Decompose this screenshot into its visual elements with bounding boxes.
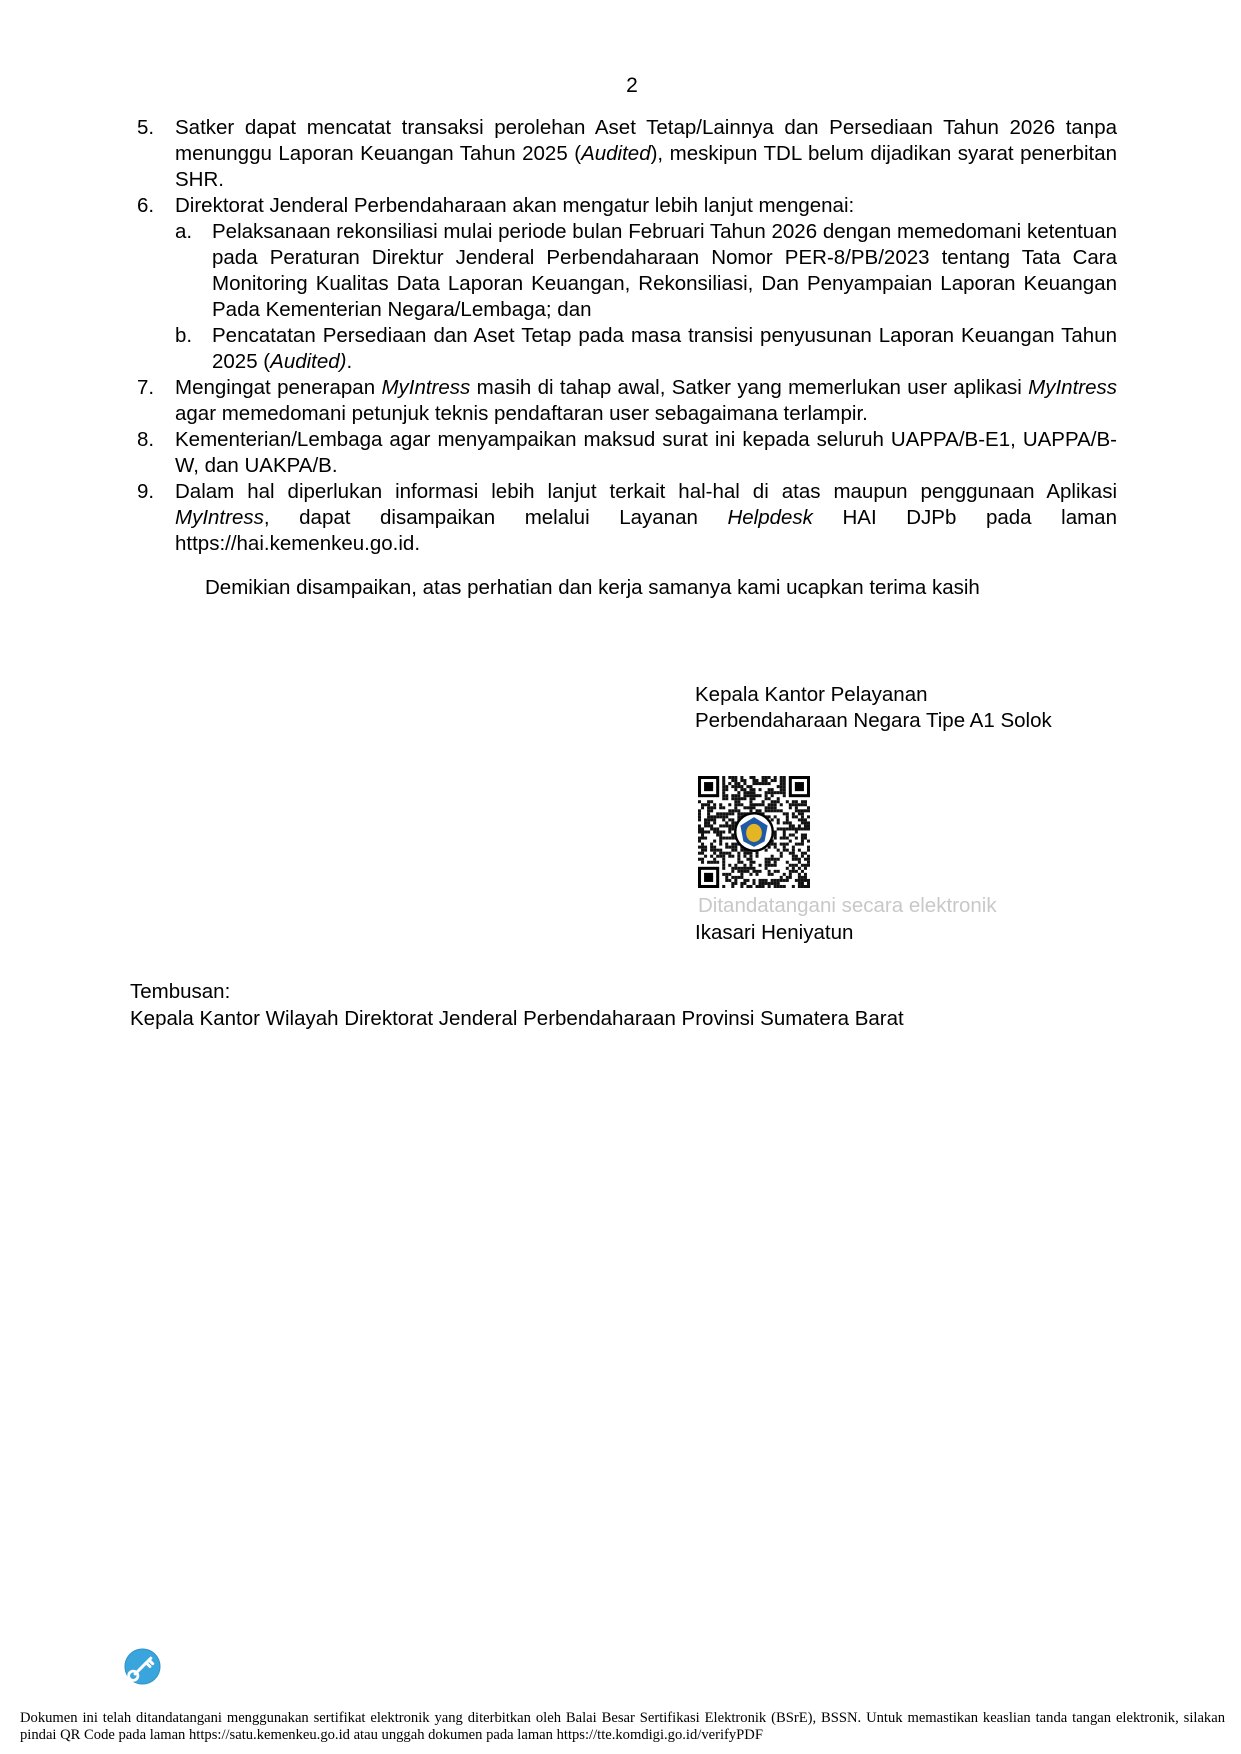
closing-sentence: Demikian disampaikan, atas perhatian dan…: [205, 576, 980, 600]
list-subitem-letter: a.: [175, 219, 192, 245]
cc-title: Tembusan:: [130, 980, 230, 1004]
list-item-number: 7.: [137, 375, 154, 401]
e-signature-label: Ditandatangani secara elektronik: [698, 894, 997, 918]
list-subitem: a.Pelaksanaan rekonsiliasi mulai periode…: [175, 219, 1117, 323]
list-subitem-letter: b.: [175, 323, 192, 349]
list-item: 9.Dalam hal diperlukan informasi lebih l…: [130, 479, 1117, 557]
signatory-title-line2: Perbendaharaan Negara Tipe A1 Solok: [695, 708, 1052, 734]
signatory-title: Kepala Kantor Pelayanan Perbendaharaan N…: [695, 682, 1052, 734]
e-signature-disclaimer: Dokumen ini telah ditandatangani menggun…: [20, 1710, 1225, 1744]
numbered-list: 5.Satker dapat mencatat transaksi perole…: [130, 115, 1117, 557]
list-item-number: 8.: [137, 427, 154, 453]
list-item: 8.Kementerian/Lembaga agar menyampaikan …: [130, 427, 1117, 479]
signatory-name: Ikasari Heniyatun: [695, 921, 853, 945]
list-item: 5.Satker dapat mencatat transaksi perole…: [130, 115, 1117, 193]
list-subitem: b.Pencatatan Persediaan dan Aset Tetap p…: [175, 323, 1117, 375]
page-number: 2: [0, 74, 1241, 98]
list-item: 6.Direktorat Jenderal Perbendaharaan aka…: [130, 193, 1117, 219]
list-item: 7.Mengingat penerapan MyIntress masih di…: [130, 375, 1117, 427]
signatory-title-line1: Kepala Kantor Pelayanan: [695, 682, 1052, 708]
list-item-number: 5.: [137, 115, 154, 141]
list-item-number: 6.: [137, 193, 154, 219]
qr-code-icon[interactable]: [698, 776, 810, 888]
cc-recipient: Kepala Kantor Wilayah Direktorat Jendera…: [130, 1007, 904, 1031]
list-item-number: 9.: [137, 479, 154, 505]
key-icon: [124, 1648, 161, 1685]
